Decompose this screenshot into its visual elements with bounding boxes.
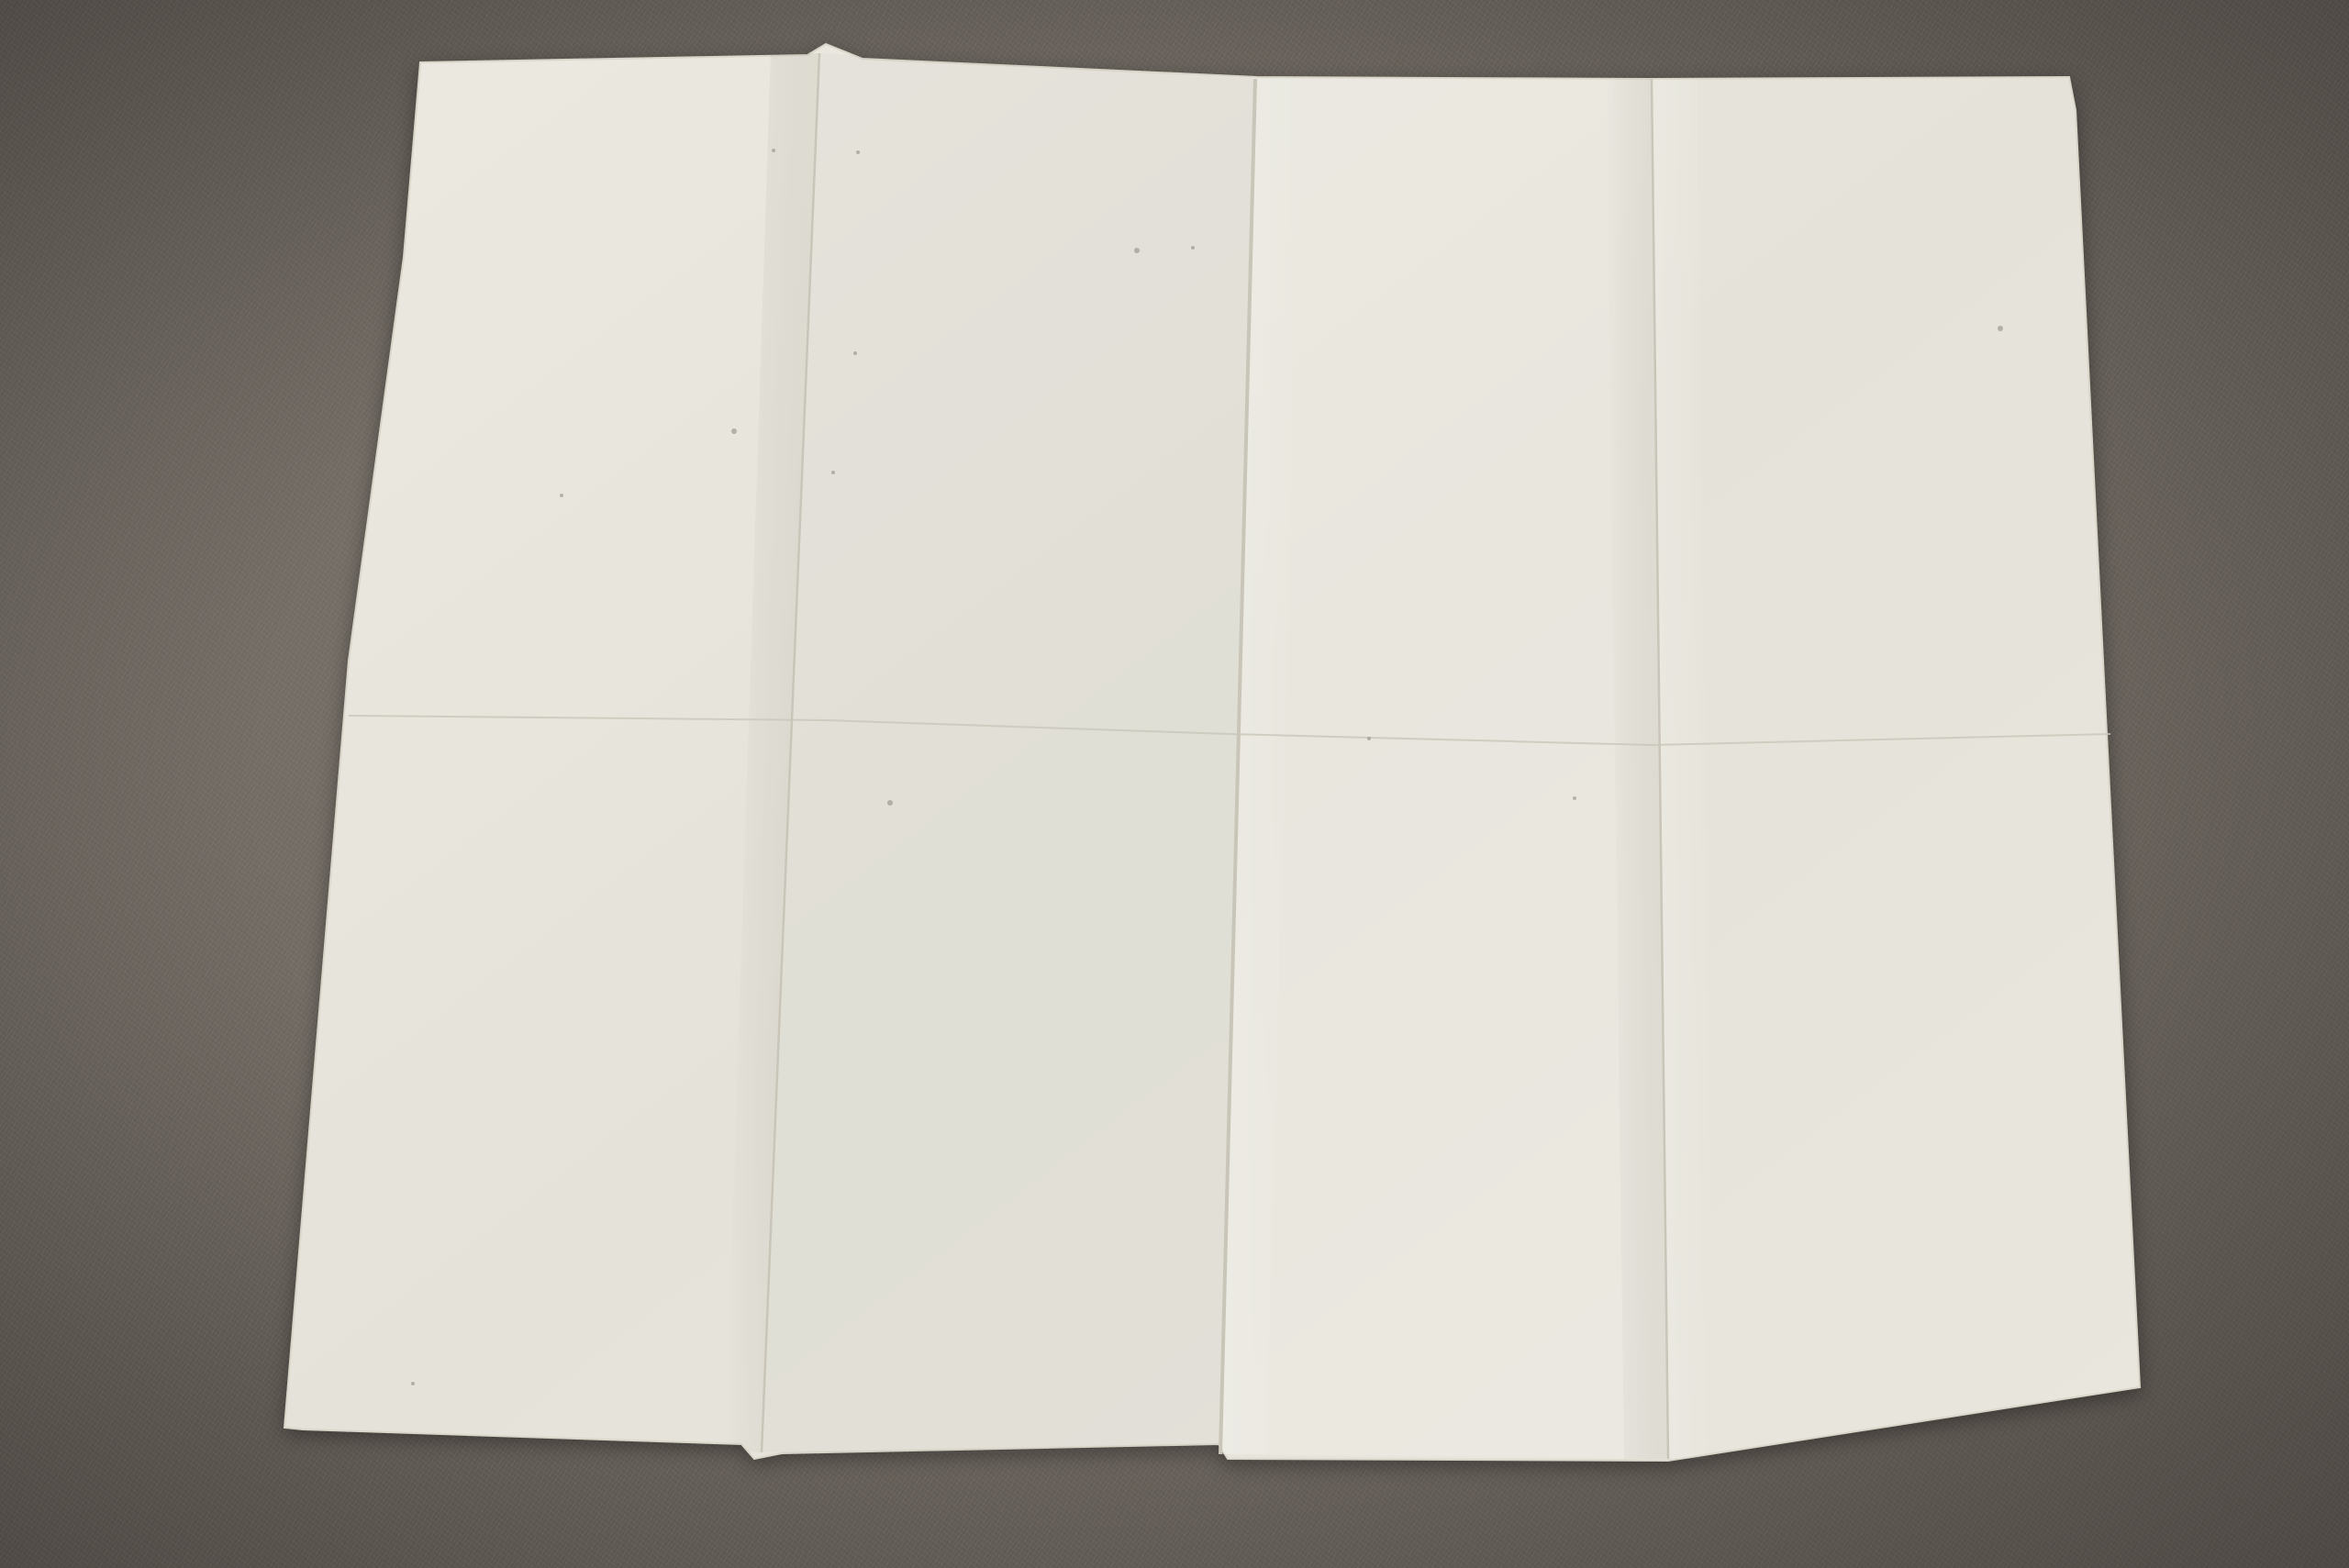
paper-speck [411, 1382, 415, 1385]
paper-speck [856, 150, 860, 154]
paper-speck [887, 800, 893, 806]
paper-speck [560, 494, 563, 497]
paper-speck [831, 471, 835, 474]
paper-speck [1998, 326, 2003, 331]
paper-speck [1134, 248, 1140, 253]
paper-speck [1573, 796, 1576, 800]
paper-speck [853, 351, 857, 355]
folded-paper-sheet [0, 0, 2349, 1568]
paper-speck [1367, 737, 1371, 740]
felt-background [0, 0, 2349, 1568]
paper-speck [772, 149, 775, 152]
paper-speck [731, 428, 737, 434]
paper-drawing [0, 0, 2349, 1568]
panel-shading [725, 53, 1714, 1459]
paper-speck [1191, 246, 1195, 250]
